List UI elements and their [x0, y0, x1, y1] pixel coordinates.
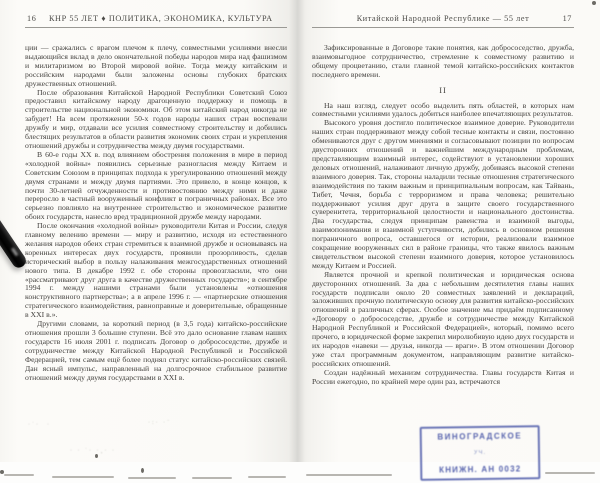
- paragraph: Создан надёжный механизм сотрудничества.…: [312, 369, 574, 387]
- page-edge-dash: [192, 477, 232, 479]
- page-edge-dash: [52, 476, 114, 478]
- gutter-shadow: [289, 0, 305, 462]
- running-header-left-title: КНР 55 ЛЕТ ♦ ПОЛИТИКА, ЭКОНОМИКА, КУЛЬТУ…: [49, 14, 263, 23]
- paragraph: Высокого уровня достигло политическое вз…: [312, 119, 574, 270]
- stamp-line: УЧ.: [424, 449, 536, 457]
- page-edge-dash: [248, 476, 286, 478]
- paragraph: В 60-е годы XX в. под влиянием обострени…: [25, 151, 287, 222]
- paragraph: Является прочной и крепкой политическая …: [312, 271, 574, 369]
- paragraph: После окончания «холодной войны» руковод…: [25, 222, 287, 320]
- corner-speck: [592, 1, 596, 5]
- edge-speck: [0, 470, 4, 474]
- page-edge-dash: [4, 474, 34, 476]
- paragraph: На наш взгляд, следует особо выделить пя…: [312, 102, 574, 120]
- library-stamp: ВИНОГРАДСКОЕ УЧ. КНИЖН. АН 0032: [420, 425, 541, 481]
- ink-speck: [95, 454, 98, 458]
- book-scan-photo: 16 КНР 55 ЛЕТ ♦ ПОЛИТИКА, ЭКОНОМИКА, КУЛ…: [0, 0, 600, 483]
- right-page-body: Зафиксированные в Договоре такие понятия…: [312, 44, 574, 422]
- left-page-body: ции — сражались с врагом плечом к плечу,…: [25, 44, 287, 422]
- edge-speck: [141, 468, 144, 473]
- stamp-line: КНИЖН. АН 0032: [424, 464, 536, 475]
- page-number-left: 16: [27, 14, 36, 23]
- paragraph: Другими словами, за короткий период (в 3…: [25, 320, 287, 382]
- page-edge-dash: [306, 474, 392, 476]
- running-header-right: 17 Китайской Народной Республике — 55 ле…: [312, 14, 574, 28]
- right-page: 17 Китайской Народной Республике — 55 ле…: [297, 0, 600, 462]
- page-number-right: 17: [563, 14, 572, 23]
- paragraph: Зафиксированные в Договоре такие понятия…: [312, 44, 574, 80]
- running-header-right-title: Китайской Народной Республике — 55 лет: [336, 14, 550, 23]
- page-edge-dash: [545, 472, 595, 474]
- right-page-section: На наш взгляд, следует особо выделить пя…: [312, 102, 574, 387]
- ink-smudge: · · ˙· ·¸· ·: [70, 448, 116, 454]
- running-header-left: 16 КНР 55 ЛЕТ ♦ ПОЛИТИКА, ЭКОНОМИКА, КУЛ…: [25, 14, 287, 28]
- left-page: 16 КНР 55 ЛЕТ ♦ ПОЛИТИКА, ЭКОНОМИКА, КУЛ…: [0, 0, 297, 462]
- stamp-line: ВИНОГРАДСКОЕ: [424, 431, 536, 442]
- paragraph: ции — сражались с врагом плечом к плечу,…: [25, 44, 287, 89]
- right-page-intro: Зафиксированные в Договоре такие понятия…: [312, 44, 574, 80]
- paragraph: После образования Китайской Народной Рес…: [25, 89, 287, 151]
- ink-smudge: ·˙· ·: [28, 422, 51, 428]
- section-heading: II: [312, 87, 574, 96]
- page-edge-dash: [128, 477, 176, 479]
- ink-smudge: ·:· ·¨: [148, 420, 171, 426]
